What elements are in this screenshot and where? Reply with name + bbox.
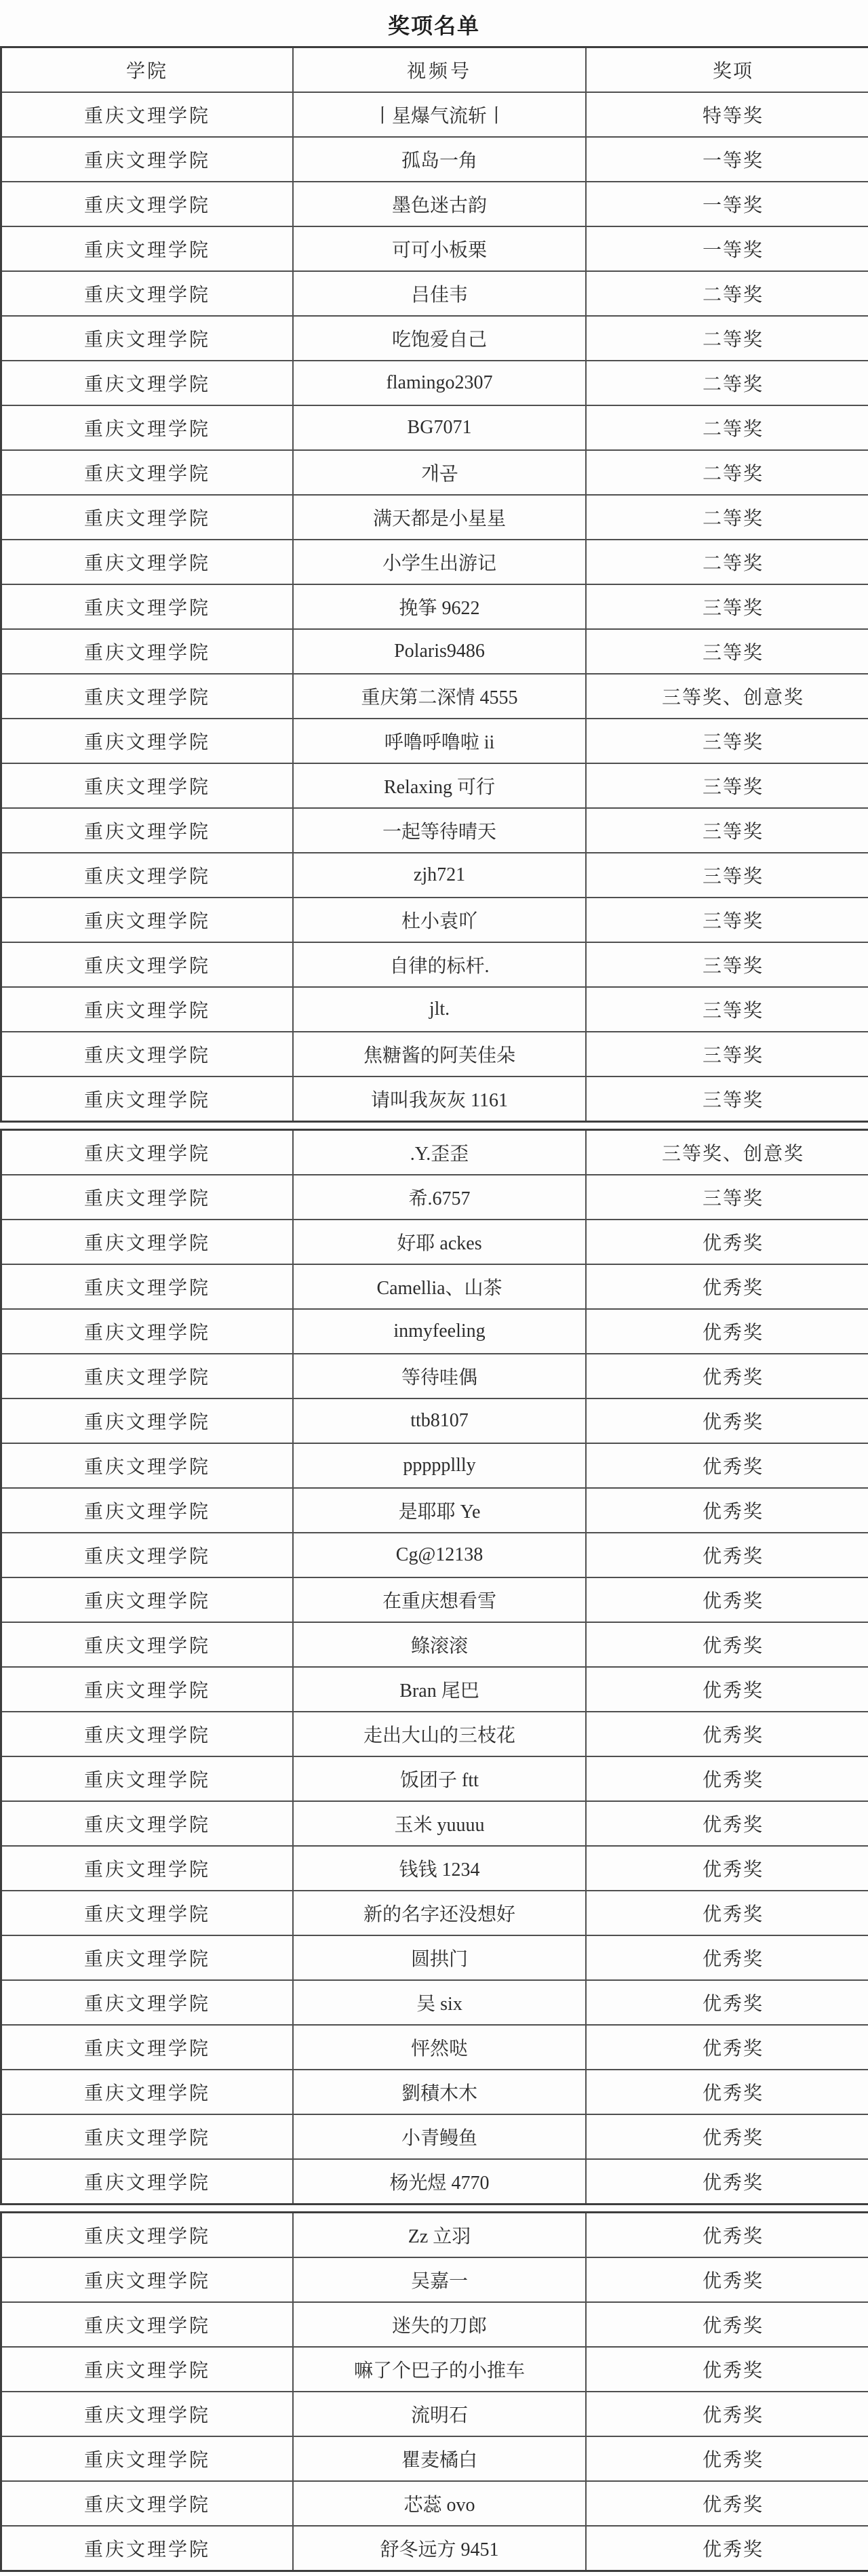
- account-cell: flamingo2307: [293, 361, 586, 405]
- account-cell: 在重庆想看雪: [293, 1577, 586, 1622]
- account-cell: 吃饱爱自己: [293, 316, 586, 361]
- table-row: 重庆文理学院BG7071二等奖: [1, 405, 868, 450]
- college-cell: 重庆文理学院: [1, 1935, 294, 1980]
- table-row: 重庆文理学院希.6757三等奖: [1, 1175, 868, 1220]
- table-row: 重庆文理学院Zz 立羽优秀奖: [1, 2213, 868, 2258]
- award-cell: 优秀奖: [586, 1756, 868, 1801]
- account-cell: 嘛了个巴子的小推车: [293, 2347, 586, 2392]
- award-cell: 三等奖: [586, 808, 868, 853]
- college-cell: 重庆文理学院: [1, 2025, 294, 2070]
- table-row: 重庆文理学院嘛了个巴子的小推车优秀奖: [1, 2347, 868, 2392]
- account-cell: 可可小板栗: [293, 226, 586, 271]
- account-cell: 丨星爆气流斩丨: [293, 92, 586, 137]
- table-row: 重庆文理学院饭团子 ftt优秀奖: [1, 1756, 868, 1801]
- college-cell: 重庆文理学院: [1, 137, 294, 182]
- award-cell: 优秀奖: [586, 2114, 868, 2159]
- account-cell: 吴 six: [293, 1980, 586, 2025]
- award-table-segment-2: 重庆文理学院.Y.歪歪三等奖、创意奖重庆文理学院希.6757三等奖重庆文理学院好…: [0, 1129, 868, 2205]
- college-cell: 重庆文理学院: [1, 1130, 294, 1175]
- account-cell: 自律的标杆.: [293, 942, 586, 987]
- table-row: 重庆文理学院jlt.三等奖: [1, 987, 868, 1032]
- account-cell: 流明石: [293, 2392, 586, 2436]
- award-cell: 优秀奖: [586, 1846, 868, 1891]
- college-cell: 重庆文理学院: [1, 316, 294, 361]
- college-cell: 重庆文理学院: [1, 898, 294, 942]
- account-cell: 希.6757: [293, 1175, 586, 1220]
- table-row: 重庆文理学院吴 six优秀奖: [1, 1980, 868, 2025]
- award-cell: 三等奖: [586, 763, 868, 808]
- college-cell: 重庆文理学院: [1, 2302, 294, 2347]
- award-cell: 优秀奖: [586, 1980, 868, 2025]
- award-cell: 优秀奖: [586, 2159, 868, 2205]
- account-cell: pppppllly: [293, 1443, 586, 1488]
- college-cell: 重庆文理学院: [1, 629, 294, 674]
- account-cell: 鲦滚滚: [293, 1622, 586, 1667]
- college-cell: 重庆文理学院: [1, 987, 294, 1032]
- award-cell: 优秀奖: [586, 1264, 868, 1309]
- college-cell: 重庆文理学院: [1, 808, 294, 853]
- award-cell: 二等奖: [586, 361, 868, 405]
- header-row: 学院视频号奖项: [1, 47, 868, 93]
- award-cell: 三等奖、创意奖: [586, 674, 868, 719]
- college-cell: 重庆文理学院: [1, 1801, 294, 1846]
- award-cell: 二等奖: [586, 540, 868, 584]
- table-row: 重庆文理学院重庆第二深情 4555三等奖、创意奖: [1, 674, 868, 719]
- account-cell: 芯蕊 ovo: [293, 2481, 586, 2526]
- table-row: 重庆文理学院流明石优秀奖: [1, 2392, 868, 2436]
- account-cell: Polaris9486: [293, 629, 586, 674]
- award-cell: 三等奖: [586, 719, 868, 763]
- page-title: 奖项名单: [0, 0, 868, 46]
- account-cell: 개곰: [293, 450, 586, 495]
- account-cell: 迷失的刀郎: [293, 2302, 586, 2347]
- college-cell: 重庆文理学院: [1, 2213, 294, 2258]
- account-cell: BG7071: [293, 405, 586, 450]
- table-row: 重庆文理学院挽筝 9622三等奖: [1, 584, 868, 629]
- account-cell: 是耶耶 Ye: [293, 1488, 586, 1533]
- award-cell: 一等奖: [586, 182, 868, 226]
- award-cell: 优秀奖: [586, 1488, 868, 1533]
- college-cell: 重庆文理学院: [1, 1980, 294, 2025]
- account-cell: 挽筝 9622: [293, 584, 586, 629]
- table-row: 重庆文理学院inmyfeeling优秀奖: [1, 1309, 868, 1354]
- college-cell: 重庆文理学院: [1, 2526, 294, 2571]
- award-cell: 优秀奖: [586, 1667, 868, 1712]
- award-cell: 优秀奖: [586, 2213, 868, 2258]
- table-row: 重庆文理学院.Y.歪歪三等奖、创意奖: [1, 1130, 868, 1175]
- account-cell: 呼噜呼噜啦 ii: [293, 719, 586, 763]
- college-cell: 重庆文理学院: [1, 361, 294, 405]
- table-row: 重庆文理学院劉積木木优秀奖: [1, 2070, 868, 2114]
- award-cell: 三等奖: [586, 853, 868, 898]
- college-cell: 重庆文理学院: [1, 1891, 294, 1935]
- table-row: 重庆文理学院走出大山的三枝花优秀奖: [1, 1712, 868, 1756]
- award-table-segment-3: 重庆文理学院Zz 立羽优秀奖重庆文理学院吴嘉一优秀奖重庆文理学院迷失的刀郎优秀奖…: [0, 2211, 868, 2572]
- table-row: 重庆文理学院玉米 yuuuu优秀奖: [1, 1801, 868, 1846]
- award-cell: 三等奖: [586, 987, 868, 1032]
- account-cell: 小青鳗鱼: [293, 2114, 586, 2159]
- award-cell: 特等奖: [586, 92, 868, 137]
- table-row: 重庆文理学院呼噜呼噜啦 ii三等奖: [1, 719, 868, 763]
- account-cell: 小学生出游记: [293, 540, 586, 584]
- college-cell: 重庆文理学院: [1, 2481, 294, 2526]
- table-row: 重庆文理学院小学生出游记二等奖: [1, 540, 868, 584]
- table-row: 重庆文理学院Camellia、山茶优秀奖: [1, 1264, 868, 1309]
- table-row: 重庆文理学院是耶耶 Ye优秀奖: [1, 1488, 868, 1533]
- award-cell: 三等奖: [586, 942, 868, 987]
- table-row: 重庆文理学院Relaxing 可行三等奖: [1, 763, 868, 808]
- award-cell: 三等奖: [586, 629, 868, 674]
- college-cell: 重庆文理学院: [1, 2159, 294, 2205]
- table-row: 重庆文理学院杨光煜 4770优秀奖: [1, 2159, 868, 2205]
- college-cell: 重庆文理学院: [1, 182, 294, 226]
- college-cell: 重庆文理学院: [1, 226, 294, 271]
- account-cell: 舒冬远方 9451: [293, 2526, 586, 2571]
- college-cell: 重庆文理学院: [1, 674, 294, 719]
- account-cell: ttb8107: [293, 1398, 586, 1443]
- award-cell: 优秀奖: [586, 2302, 868, 2347]
- table-row: 重庆文理学院杜小袁吖三等奖: [1, 898, 868, 942]
- document-page: 奖项名单 学院视频号奖项重庆文理学院丨星爆气流斩丨特等奖重庆文理学院孤岛一角一等…: [0, 0, 868, 2572]
- college-cell: 重庆文理学院: [1, 1622, 294, 1667]
- award-cell: 优秀奖: [586, 2025, 868, 2070]
- award-cell: 二等奖: [586, 495, 868, 540]
- college-cell: 重庆文理学院: [1, 2392, 294, 2436]
- award-cell: 优秀奖: [586, 1309, 868, 1354]
- award-cell: 优秀奖: [586, 1801, 868, 1846]
- table-row: 重庆文理学院瞿麦橘白优秀奖: [1, 2436, 868, 2481]
- award-cell: 优秀奖: [586, 1712, 868, 1756]
- account-cell: .Y.歪歪: [293, 1130, 586, 1175]
- award-cell: 优秀奖: [586, 2526, 868, 2571]
- account-cell: 玉米 yuuuu: [293, 1801, 586, 1846]
- table-row: 重庆文理学院flamingo2307二等奖: [1, 361, 868, 405]
- award-cell: 三等奖: [586, 1076, 868, 1122]
- college-cell: 重庆文理学院: [1, 405, 294, 450]
- account-cell: zjh721: [293, 853, 586, 898]
- account-cell: 吕佳韦: [293, 271, 586, 316]
- account-cell: 吴嘉一: [293, 2257, 586, 2302]
- award-cell: 三等奖: [586, 1032, 868, 1076]
- account-cell: Cg@12138: [293, 1533, 586, 1577]
- table-row: 重庆文理学院焦糖酱的阿芙佳朵三等奖: [1, 1032, 868, 1076]
- college-cell: 重庆文理学院: [1, 2257, 294, 2302]
- college-cell: 重庆文理学院: [1, 942, 294, 987]
- table-row: 重庆文理学院等待哇偶优秀奖: [1, 1354, 868, 1398]
- college-cell: 重庆文理学院: [1, 2347, 294, 2392]
- account-cell: Camellia、山茶: [293, 1264, 586, 1309]
- award-cell: 优秀奖: [586, 2392, 868, 2436]
- account-cell: 劉積木木: [293, 2070, 586, 2114]
- account-cell: 怦然哒: [293, 2025, 586, 2070]
- college-cell: 重庆文理学院: [1, 1309, 294, 1354]
- award-cell: 优秀奖: [586, 2347, 868, 2392]
- college-cell: 重庆文理学院: [1, 1354, 294, 1398]
- table-row: 重庆文理学院Bran 尾巴优秀奖: [1, 1667, 868, 1712]
- table-row: 重庆文理学院满天都是小星星二等奖: [1, 495, 868, 540]
- college-cell: 重庆文理学院: [1, 1175, 294, 1220]
- table-row: 重庆文理学院钱钱 1234优秀奖: [1, 1846, 868, 1891]
- table-row: 重庆文理学院墨色迷古韵一等奖: [1, 182, 868, 226]
- header-account-cell: 视频号: [293, 47, 586, 93]
- college-cell: 重庆文理学院: [1, 719, 294, 763]
- award-table-segment-1: 学院视频号奖项重庆文理学院丨星爆气流斩丨特等奖重庆文理学院孤岛一角一等奖重庆文理…: [0, 46, 868, 1123]
- table-row: 重庆文理学院吃饱爱自己二等奖: [1, 316, 868, 361]
- account-cell: Bran 尾巴: [293, 1667, 586, 1712]
- award-cell: 二等奖: [586, 450, 868, 495]
- account-cell: Zz 立羽: [293, 2213, 586, 2258]
- table-row: 重庆文理学院一起等待晴天三等奖: [1, 808, 868, 853]
- college-cell: 重庆文理学院: [1, 2070, 294, 2114]
- table-row: 重庆文理学院개곰二等奖: [1, 450, 868, 495]
- college-cell: 重庆文理学院: [1, 1533, 294, 1577]
- college-cell: 重庆文理学院: [1, 2114, 294, 2159]
- award-cell: 三等奖: [586, 1175, 868, 1220]
- table-row: 重庆文理学院圆拱门优秀奖: [1, 1935, 868, 1980]
- award-cell: 优秀奖: [586, 1935, 868, 1980]
- award-cell: 优秀奖: [586, 1533, 868, 1577]
- table-row: 重庆文理学院请叫我灰灰 1161三等奖: [1, 1076, 868, 1122]
- college-cell: 重庆文理学院: [1, 1712, 294, 1756]
- account-cell: 墨色迷古韵: [293, 182, 586, 226]
- account-cell: 一起等待晴天: [293, 808, 586, 853]
- table-row: 重庆文理学院芯蕊 ovo优秀奖: [1, 2481, 868, 2526]
- account-cell: 钱钱 1234: [293, 1846, 586, 1891]
- award-cell: 一等奖: [586, 226, 868, 271]
- account-cell: 好耶 ackes: [293, 1220, 586, 1264]
- college-cell: 重庆文理学院: [1, 1264, 294, 1309]
- college-cell: 重庆文理学院: [1, 92, 294, 137]
- college-cell: 重庆文理学院: [1, 1076, 294, 1122]
- account-cell: 饭团子 ftt: [293, 1756, 586, 1801]
- table-row: 重庆文理学院Cg@12138优秀奖: [1, 1533, 868, 1577]
- table-row: 重庆文理学院怦然哒优秀奖: [1, 2025, 868, 2070]
- award-cell: 优秀奖: [586, 1220, 868, 1264]
- account-cell: jlt.: [293, 987, 586, 1032]
- table-row: 重庆文理学院pppppllly优秀奖: [1, 1443, 868, 1488]
- award-cell: 优秀奖: [586, 1622, 868, 1667]
- college-cell: 重庆文理学院: [1, 1577, 294, 1622]
- account-cell: 等待哇偶: [293, 1354, 586, 1398]
- table-row: 重庆文理学院吕佳韦二等奖: [1, 271, 868, 316]
- account-cell: 重庆第二深情 4555: [293, 674, 586, 719]
- table-row: 重庆文理学院Polaris9486三等奖: [1, 629, 868, 674]
- table-row: 重庆文理学院吴嘉一优秀奖: [1, 2257, 868, 2302]
- account-cell: 杨光煜 4770: [293, 2159, 586, 2205]
- award-cell: 优秀奖: [586, 1891, 868, 1935]
- table-row: 重庆文理学院好耶 ackes优秀奖: [1, 1220, 868, 1264]
- account-cell: 焦糖酱的阿芙佳朵: [293, 1032, 586, 1076]
- table-row: 重庆文理学院孤岛一角一等奖: [1, 137, 868, 182]
- table-row: 重庆文理学院舒冬远方 9451优秀奖: [1, 2526, 868, 2571]
- header-college-cell: 学院: [1, 47, 294, 93]
- award-cell: 三等奖、创意奖: [586, 1130, 868, 1175]
- college-cell: 重庆文理学院: [1, 1443, 294, 1488]
- account-cell: 满天都是小星星: [293, 495, 586, 540]
- college-cell: 重庆文理学院: [1, 1667, 294, 1712]
- account-cell: inmyfeeling: [293, 1309, 586, 1354]
- account-cell: 请叫我灰灰 1161: [293, 1076, 586, 1122]
- college-cell: 重庆文理学院: [1, 1846, 294, 1891]
- college-cell: 重庆文理学院: [1, 1220, 294, 1264]
- award-cell: 优秀奖: [586, 2481, 868, 2526]
- college-cell: 重庆文理学院: [1, 1756, 294, 1801]
- college-cell: 重庆文理学院: [1, 1488, 294, 1533]
- college-cell: 重庆文理学院: [1, 853, 294, 898]
- award-cell: 优秀奖: [586, 2257, 868, 2302]
- college-cell: 重庆文理学院: [1, 1398, 294, 1443]
- award-cell: 二等奖: [586, 405, 868, 450]
- table-row: 重庆文理学院ttb8107优秀奖: [1, 1398, 868, 1443]
- college-cell: 重庆文理学院: [1, 2436, 294, 2481]
- college-cell: 重庆文理学院: [1, 271, 294, 316]
- award-table-container: 学院视频号奖项重庆文理学院丨星爆气流斩丨特等奖重庆文理学院孤岛一角一等奖重庆文理…: [0, 46, 868, 2572]
- college-cell: 重庆文理学院: [1, 1032, 294, 1076]
- table-row: 重庆文理学院zjh721三等奖: [1, 853, 868, 898]
- college-cell: 重庆文理学院: [1, 584, 294, 629]
- award-cell: 优秀奖: [586, 1577, 868, 1622]
- table-row: 重庆文理学院鲦滚滚优秀奖: [1, 1622, 868, 1667]
- table-row: 重庆文理学院在重庆想看雪优秀奖: [1, 1577, 868, 1622]
- college-cell: 重庆文理学院: [1, 450, 294, 495]
- header-award-cell: 奖项: [586, 47, 868, 93]
- table-row: 重庆文理学院小青鳗鱼优秀奖: [1, 2114, 868, 2159]
- college-cell: 重庆文理学院: [1, 763, 294, 808]
- college-cell: 重庆文理学院: [1, 495, 294, 540]
- award-cell: 优秀奖: [586, 2070, 868, 2114]
- table-row: 重庆文理学院自律的标杆.三等奖: [1, 942, 868, 987]
- award-cell: 三等奖: [586, 584, 868, 629]
- award-cell: 优秀奖: [586, 1398, 868, 1443]
- college-cell: 重庆文理学院: [1, 540, 294, 584]
- account-cell: Relaxing 可行: [293, 763, 586, 808]
- account-cell: 杜小袁吖: [293, 898, 586, 942]
- award-cell: 二等奖: [586, 271, 868, 316]
- account-cell: 圆拱门: [293, 1935, 586, 1980]
- award-cell: 优秀奖: [586, 1443, 868, 1488]
- account-cell: 孤岛一角: [293, 137, 586, 182]
- table-row: 重庆文理学院新的名字还没想好优秀奖: [1, 1891, 868, 1935]
- award-cell: 二等奖: [586, 316, 868, 361]
- award-cell: 优秀奖: [586, 1354, 868, 1398]
- table-row: 重庆文理学院迷失的刀郎优秀奖: [1, 2302, 868, 2347]
- table-row: 重庆文理学院可可小板栗一等奖: [1, 226, 868, 271]
- account-cell: 新的名字还没想好: [293, 1891, 586, 1935]
- award-cell: 一等奖: [586, 137, 868, 182]
- award-cell: 优秀奖: [586, 2436, 868, 2481]
- account-cell: 瞿麦橘白: [293, 2436, 586, 2481]
- table-row: 重庆文理学院丨星爆气流斩丨特等奖: [1, 92, 868, 137]
- award-cell: 三等奖: [586, 898, 868, 942]
- account-cell: 走出大山的三枝花: [293, 1712, 586, 1756]
